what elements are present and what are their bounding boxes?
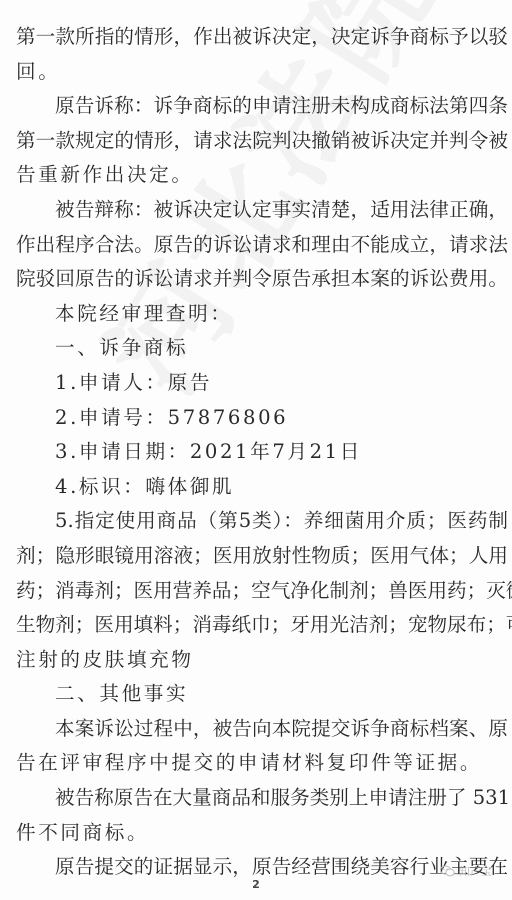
text-line: 告重新作出决定。 — [16, 158, 508, 193]
text-line: 二、其他事实 — [16, 677, 508, 712]
text-line: 第一款所指的情形，作出被诉决定，决定诉争商标予以驳 — [16, 20, 508, 55]
page-number: 2 — [0, 878, 512, 891]
text-line: 5.指定使用商品（第5类）：养细菌用介质；医药制 — [16, 504, 508, 539]
brand-name: 知产宝 — [459, 863, 492, 879]
document-page: 河北法院征集案例 第一款所指的情形，作出被诉决定，决定诉争商标予以驳回。原告诉称… — [0, 0, 512, 900]
text-line: 药；消毒剂；医用营养品；空气净化制剂；兽医用药；灭微 — [16, 574, 508, 609]
text-line: 第一款规定的情形，请求法院判决撤销被诉决定并判令被 — [16, 124, 508, 159]
text-line: 件不同商标。 — [16, 816, 508, 851]
wechat-icon — [440, 865, 455, 877]
text-line: 原告诉称：诉争商标的申请注册未构成商标法第四条 — [16, 89, 508, 124]
text-line: 被告称原告在大量商品和服务类别上申请注册了 531 — [16, 781, 508, 816]
text-line: 本案诉讼过程中，被告向本院提交诉争商标档案、原 — [16, 712, 508, 747]
text-line: 4.标识：嗨体御肌 — [16, 470, 508, 505]
text-line: 生物剂；医用填料；消毒纸巾；牙用光洁剂；宠物尿布；可 — [16, 608, 508, 643]
text-line: 1.申请人：原告 — [16, 366, 508, 401]
text-line: 剂；隐形眼镜用溶液；医用放射性物质；医用气体；人用 — [16, 539, 508, 574]
text-line: 3.申请日期：2021年7月21日 — [16, 435, 508, 470]
text-line: 作出程序合法。原告的诉讼请求和理由不能成立，请求法 — [16, 228, 508, 263]
text-line: 院驳回原告的诉讼请求并判令原告承担本案的诉讼费用。 — [16, 262, 508, 297]
text-line: 回。 — [16, 55, 508, 90]
text-line: 本院经审理查明： — [16, 297, 508, 332]
text-line: 注射的皮肤填充物 — [16, 643, 508, 678]
text-line: 2.申请号：57876806 — [16, 401, 508, 436]
text-line: 告在评审程序中提交的申请材料复印件等证据。 — [16, 746, 508, 781]
source-brand: 知产宝 — [440, 863, 492, 879]
judgment-body-text: 第一款所指的情形，作出被诉决定，决定诉争商标予以驳回。原告诉称：诉争商标的申请注… — [16, 20, 508, 885]
text-line: 一、诉争商标 — [16, 331, 508, 366]
text-line: 被告辩称：被诉决定认定事实清楚，适用法律正确， — [16, 193, 508, 228]
